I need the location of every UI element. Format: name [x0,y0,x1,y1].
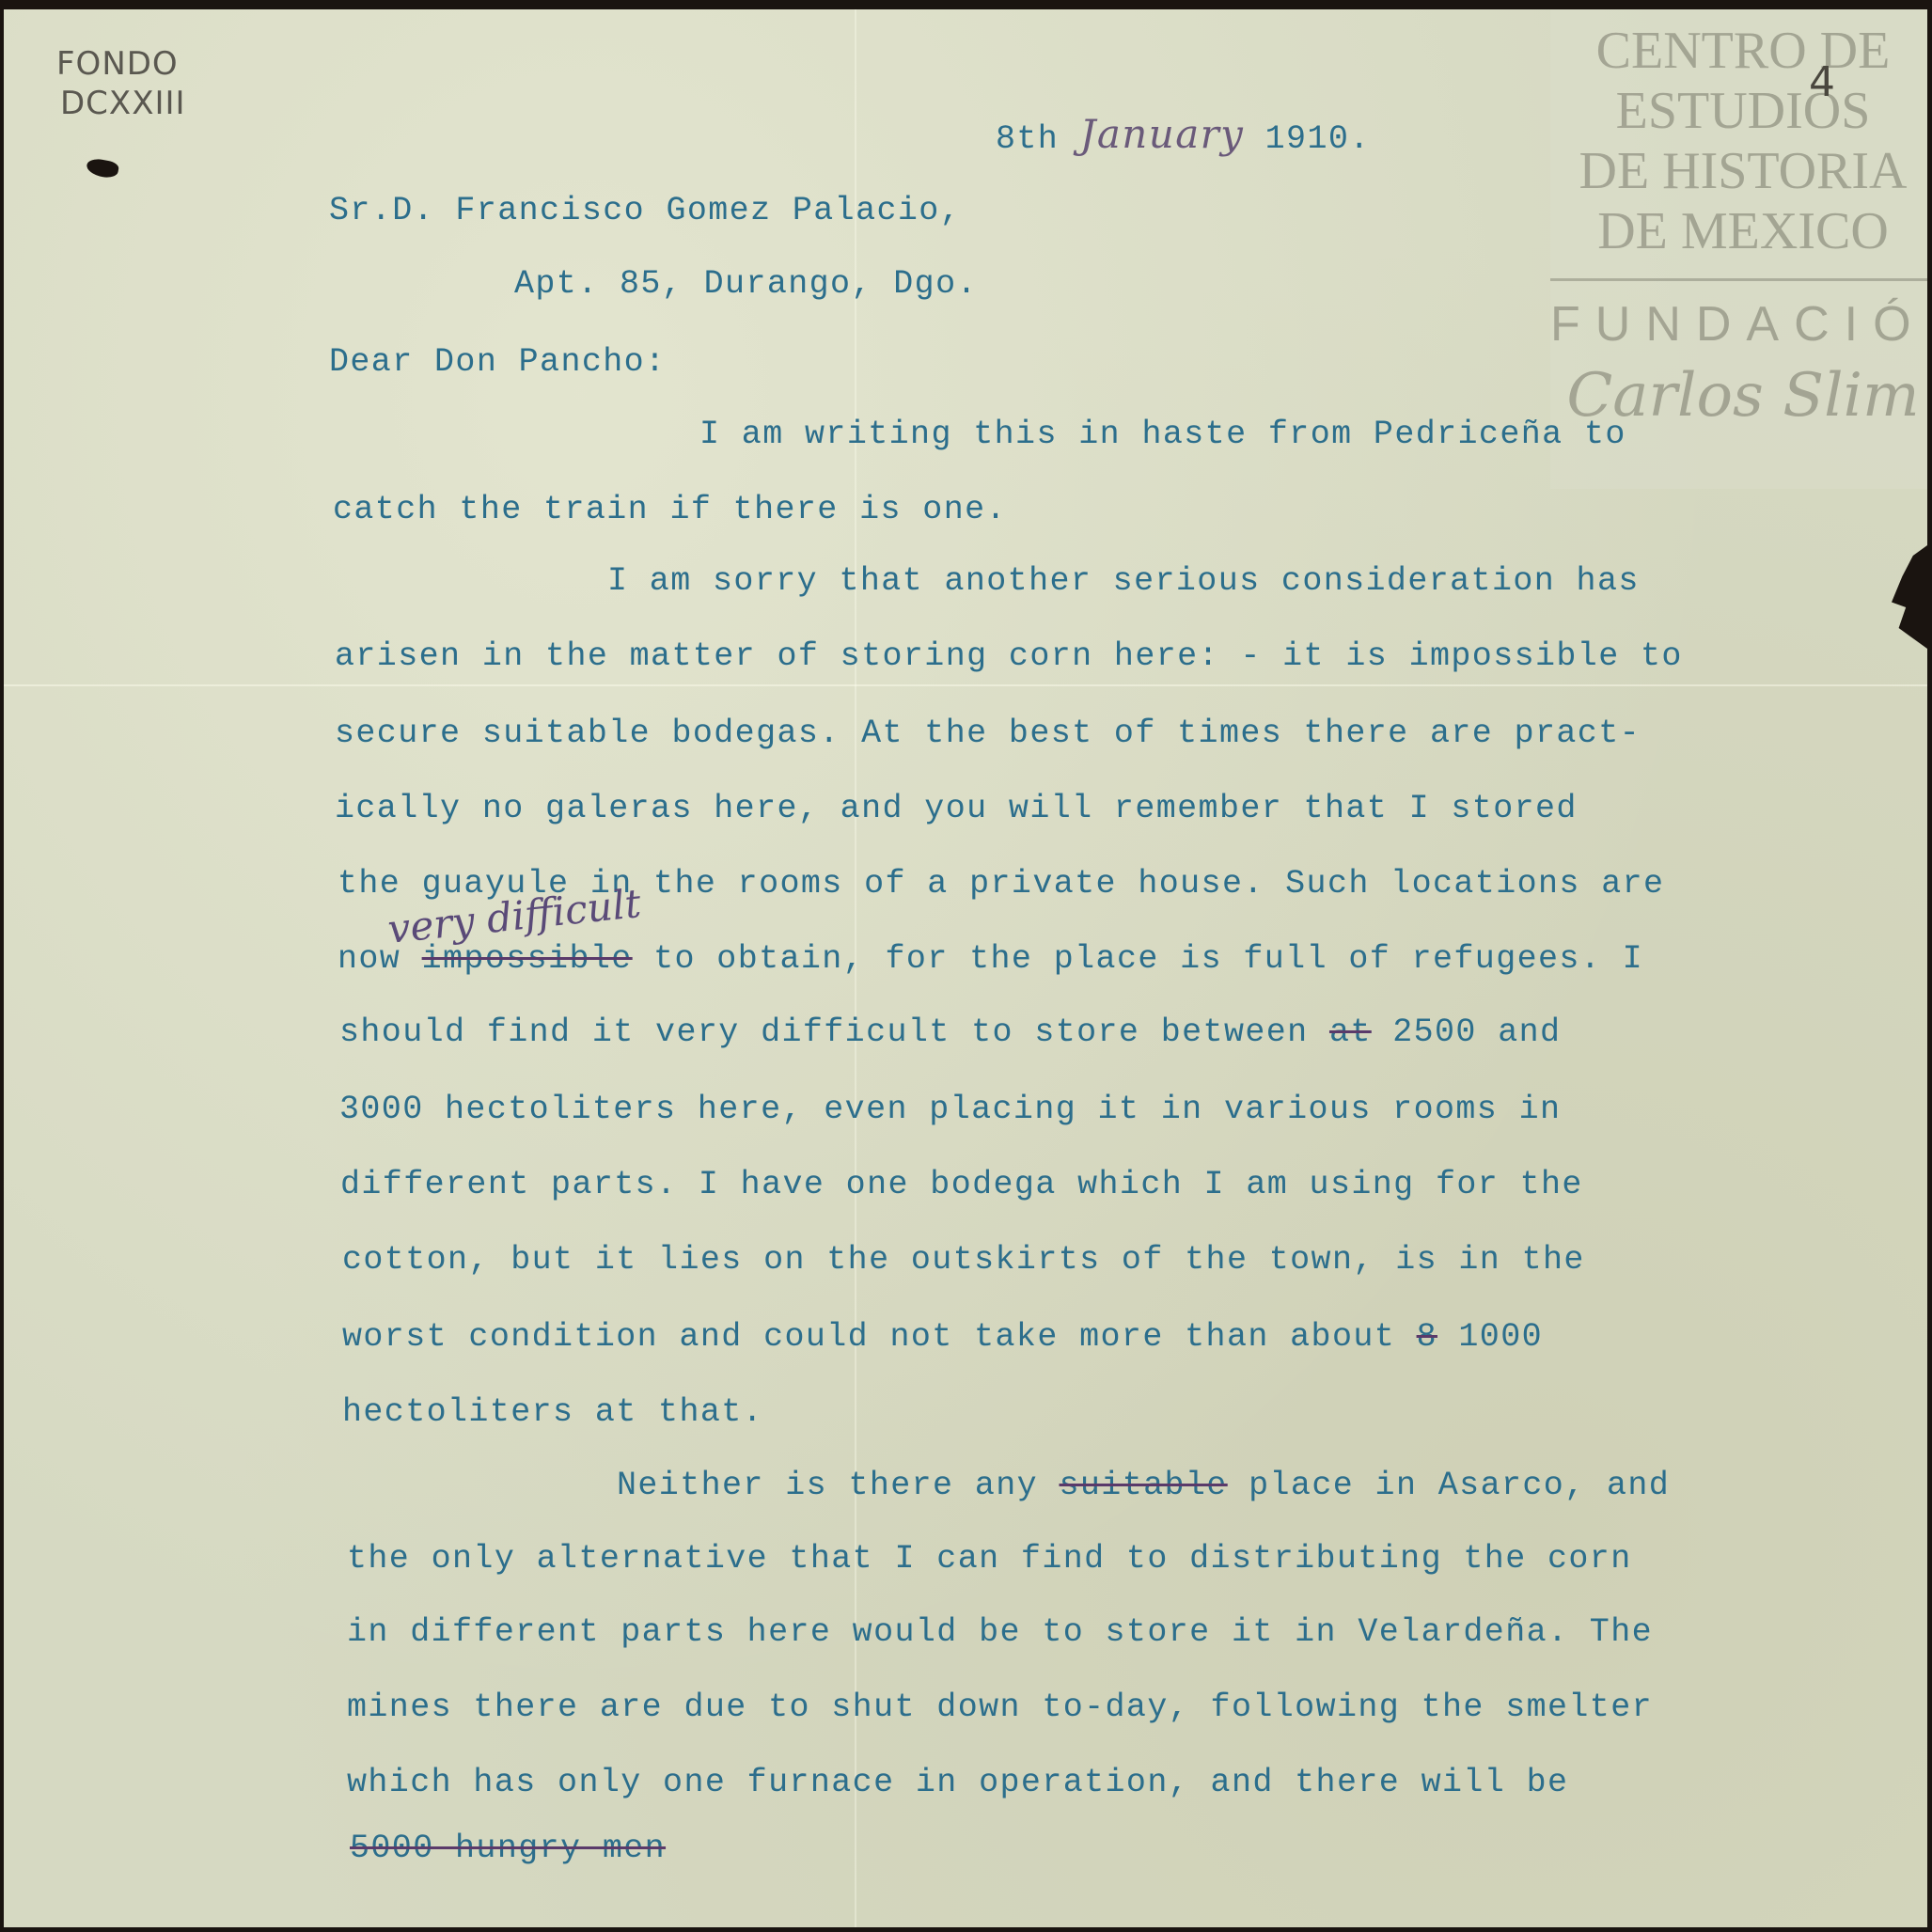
paper-fold-horizontal [4,684,1927,686]
punch-hole [86,157,120,180]
torn-edge [1892,545,1927,649]
body-line: which has only one furnace in operation,… [347,1764,1568,1801]
date-year: 1910. [1265,120,1371,158]
watermark-line: ESTUDIOS [1550,81,1927,141]
body-line: I am writing this in haste from Pedriceñ… [699,416,1626,453]
date-day: 8th [996,120,1059,158]
watermark-line: DE MEXICO [1550,201,1927,261]
line-text: place in Asarco, and [1249,1467,1670,1504]
struck-word: impossible [422,940,633,978]
body-line: cotton, but it lies on the outskirts of … [342,1241,1585,1279]
struck-word: 8 [1417,1318,1437,1356]
watermark-foundation: FUNDACIÓN [1550,296,1927,353]
body-line: different parts. I have one bodega which… [340,1166,1583,1203]
body-line: catch the train if there is one. [333,491,1007,528]
line-text: worst condition and could not take more … [342,1318,1395,1356]
body-line: now impossible to obtain, for the place … [338,940,1643,978]
body-line: should find it very difficult to store b… [339,1013,1561,1051]
letter-page: FONDO DCXXIII CENTRO DE ESTUDIOS DE HIST… [4,9,1927,1927]
body-line: worst condition and could not take more … [342,1318,1543,1356]
line-text: Neither is there any [617,1467,1038,1504]
recipient-name: Sr.D. Francisco Gomez Palacio, [329,192,961,229]
archive-fondo-label: FONDO [56,45,179,83]
line-text: 2500 and [1392,1013,1561,1051]
body-line: arisen in the matter of storing corn her… [335,637,1683,675]
line-text: following the smelter [1211,1689,1653,1726]
body-line: secure suitable bodegas. At the best of … [335,715,1641,752]
body-line: I am sorry that another serious consider… [607,562,1640,600]
line-text: should find it very difficult to store b… [339,1013,1309,1051]
body-line: hectoliters at that. [342,1393,763,1431]
struck-word: at [1329,1013,1372,1051]
watermark-divider [1550,278,1927,281]
body-line: ically no galeras here, and you will rem… [335,790,1578,827]
page-number: 4 [1809,58,1835,106]
watermark-line: DE HISTORIA [1550,141,1927,201]
line-text: to obtain, for the place is full of refu… [653,940,1643,978]
body-line: the only alternative that I can find to … [347,1540,1632,1578]
line-text: 1000 [1458,1318,1543,1356]
body-line: in different parts here would be to stor… [347,1613,1653,1651]
body-line: 3000 hectoliters here, even placing it i… [339,1091,1561,1128]
archive-fondo-number: DCXXIII [60,85,186,122]
date-month-handwritten: January [1080,111,1245,157]
struck-line: 5000 hungry men [350,1830,666,1867]
body-line: Neither is there any suitable place in A… [617,1467,1670,1504]
body-line: mines there are due to shut down to-day,… [347,1689,1653,1726]
recipient-address: Apt. 85, Durango, Dgo. [514,265,978,303]
salutation: Dear Don Pancho: [329,343,666,381]
letter-date: 8th January 1910. [996,111,1371,158]
watermark-line: CENTRO DE [1550,21,1927,81]
line-text: is in the [1395,1241,1585,1279]
line-text: mines there are due to shut down to-day, [347,1689,1189,1726]
line-text: cotton, but it lies on the outskirts of … [342,1241,1374,1279]
struck-word: suitable [1059,1467,1227,1504]
word-now: now [338,940,401,978]
